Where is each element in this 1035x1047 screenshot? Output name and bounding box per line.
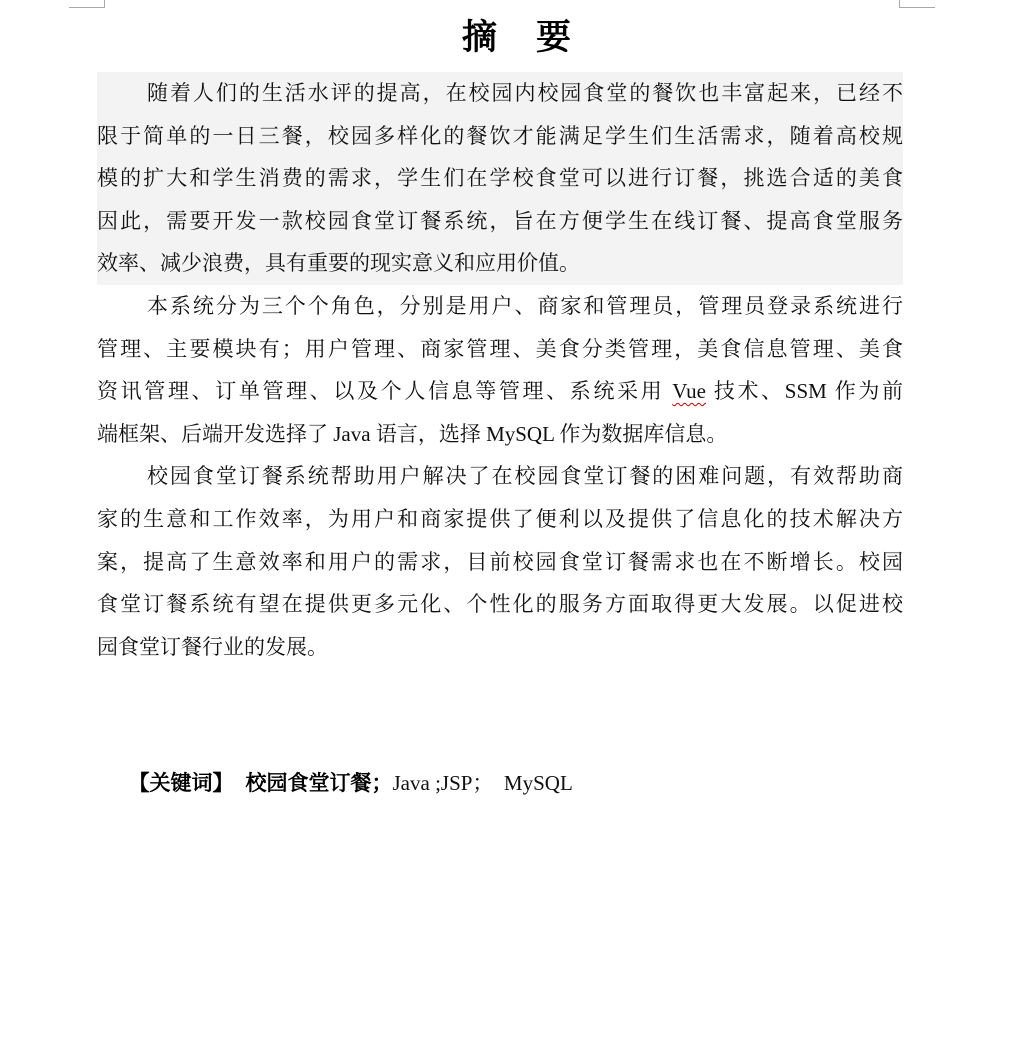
text-line: 随着人们的生活水评的提高，在校园内校园食堂的餐饮也丰富起来，已经不 — [97, 72, 903, 115]
abstract-paragraph-1: 随着人们的生活水评的提高，在校园内校园食堂的餐饮也丰富起来，已经不 限于简单的一… — [97, 72, 903, 285]
abstract-paragraph-2: 本系统分为三个个角色，分别是用户、商家和管理员，管理员登录系统进行 管理、主要模… — [97, 285, 903, 455]
text-line: 家的生意和工作效率，为用户和商家提供了便利以及提供了信息化的技术解决方 — [97, 498, 903, 541]
text-line: 模的扩大和学生消费的需求，学生们在学校食堂可以进行订餐，挑选合适的美食 — [97, 157, 903, 200]
text-line: 食堂订餐系统有望在提供更多元化、个性化的服务方面取得更大发展。以促进校 — [97, 583, 903, 626]
keywords-terms-cn: 校园食堂订餐； — [246, 772, 393, 795]
text-line: 本系统分为三个个角色，分别是用户、商家和管理员，管理员登录系统进行 — [97, 285, 903, 328]
text-line: 端框架、后端开发选择了 Java 语言，选择 MySQL 作为数据库信息。 — [97, 413, 903, 456]
abstract-paragraph-3: 校园食堂订餐系统帮助用户解决了在校园食堂订餐的困难问题，有效帮助商 家的生意和工… — [97, 455, 903, 668]
text-boundary-mark-right — [899, 0, 935, 8]
text-line: 资讯管理、订单管理、以及个人信息等管理、系统采用 Vue 技术、SSM 作为前 — [97, 370, 903, 413]
abstract-body: 随着人们的生活水评的提高，在校园内校园食堂的餐饮也丰富起来，已经不 限于简单的一… — [97, 72, 903, 829]
spellcheck-underline-vue: Vue — [672, 379, 706, 403]
text-line: 效率、减少浪费，具有重要的现实意义和应用价值。 — [97, 242, 903, 285]
text-segment: 技术、SSM 作为前 — [706, 379, 903, 403]
text-line: 限于简单的一日三餐，校园多样化的餐饮才能满足学生们生活需求，随着高校规 — [97, 115, 903, 158]
keywords-terms-en: Java ;JSP； MySQL — [393, 771, 573, 795]
text-line: 管理、主要模块有；用户管理、商家管理、美食分类管理，美食信息管理、美食 — [97, 328, 903, 371]
text-line: 校园食堂订餐系统帮助用户解决了在校园食堂订餐的困难问题，有效帮助商 — [97, 455, 903, 498]
text-line: 案，提高了生意效率和用户的需求，目前校园食堂订餐需求也在不断增长。校园 — [97, 541, 903, 584]
keywords-line: 【关键词】校园食堂订餐；Java ;JSP； MySQL — [97, 738, 903, 829]
text-segment: 资讯管理、订单管理、以及个人信息等管理、系统采用 — [97, 379, 672, 403]
document-page: 摘 要 随着人们的生活水评的提高，在校园内校园食堂的餐饮也丰富起来，已经不 限于… — [0, 0, 1035, 1047]
text-line: 园食堂订餐行业的发展。 — [97, 626, 903, 669]
text-line: 因此，需要开发一款校园食堂订餐系统，旨在方便学生在线订餐、提高食堂服务 — [97, 200, 903, 243]
page-title: 摘 要 — [0, 16, 1035, 60]
keywords-label: 【关键词】 — [129, 772, 234, 795]
text-boundary-mark-left — [69, 0, 105, 8]
